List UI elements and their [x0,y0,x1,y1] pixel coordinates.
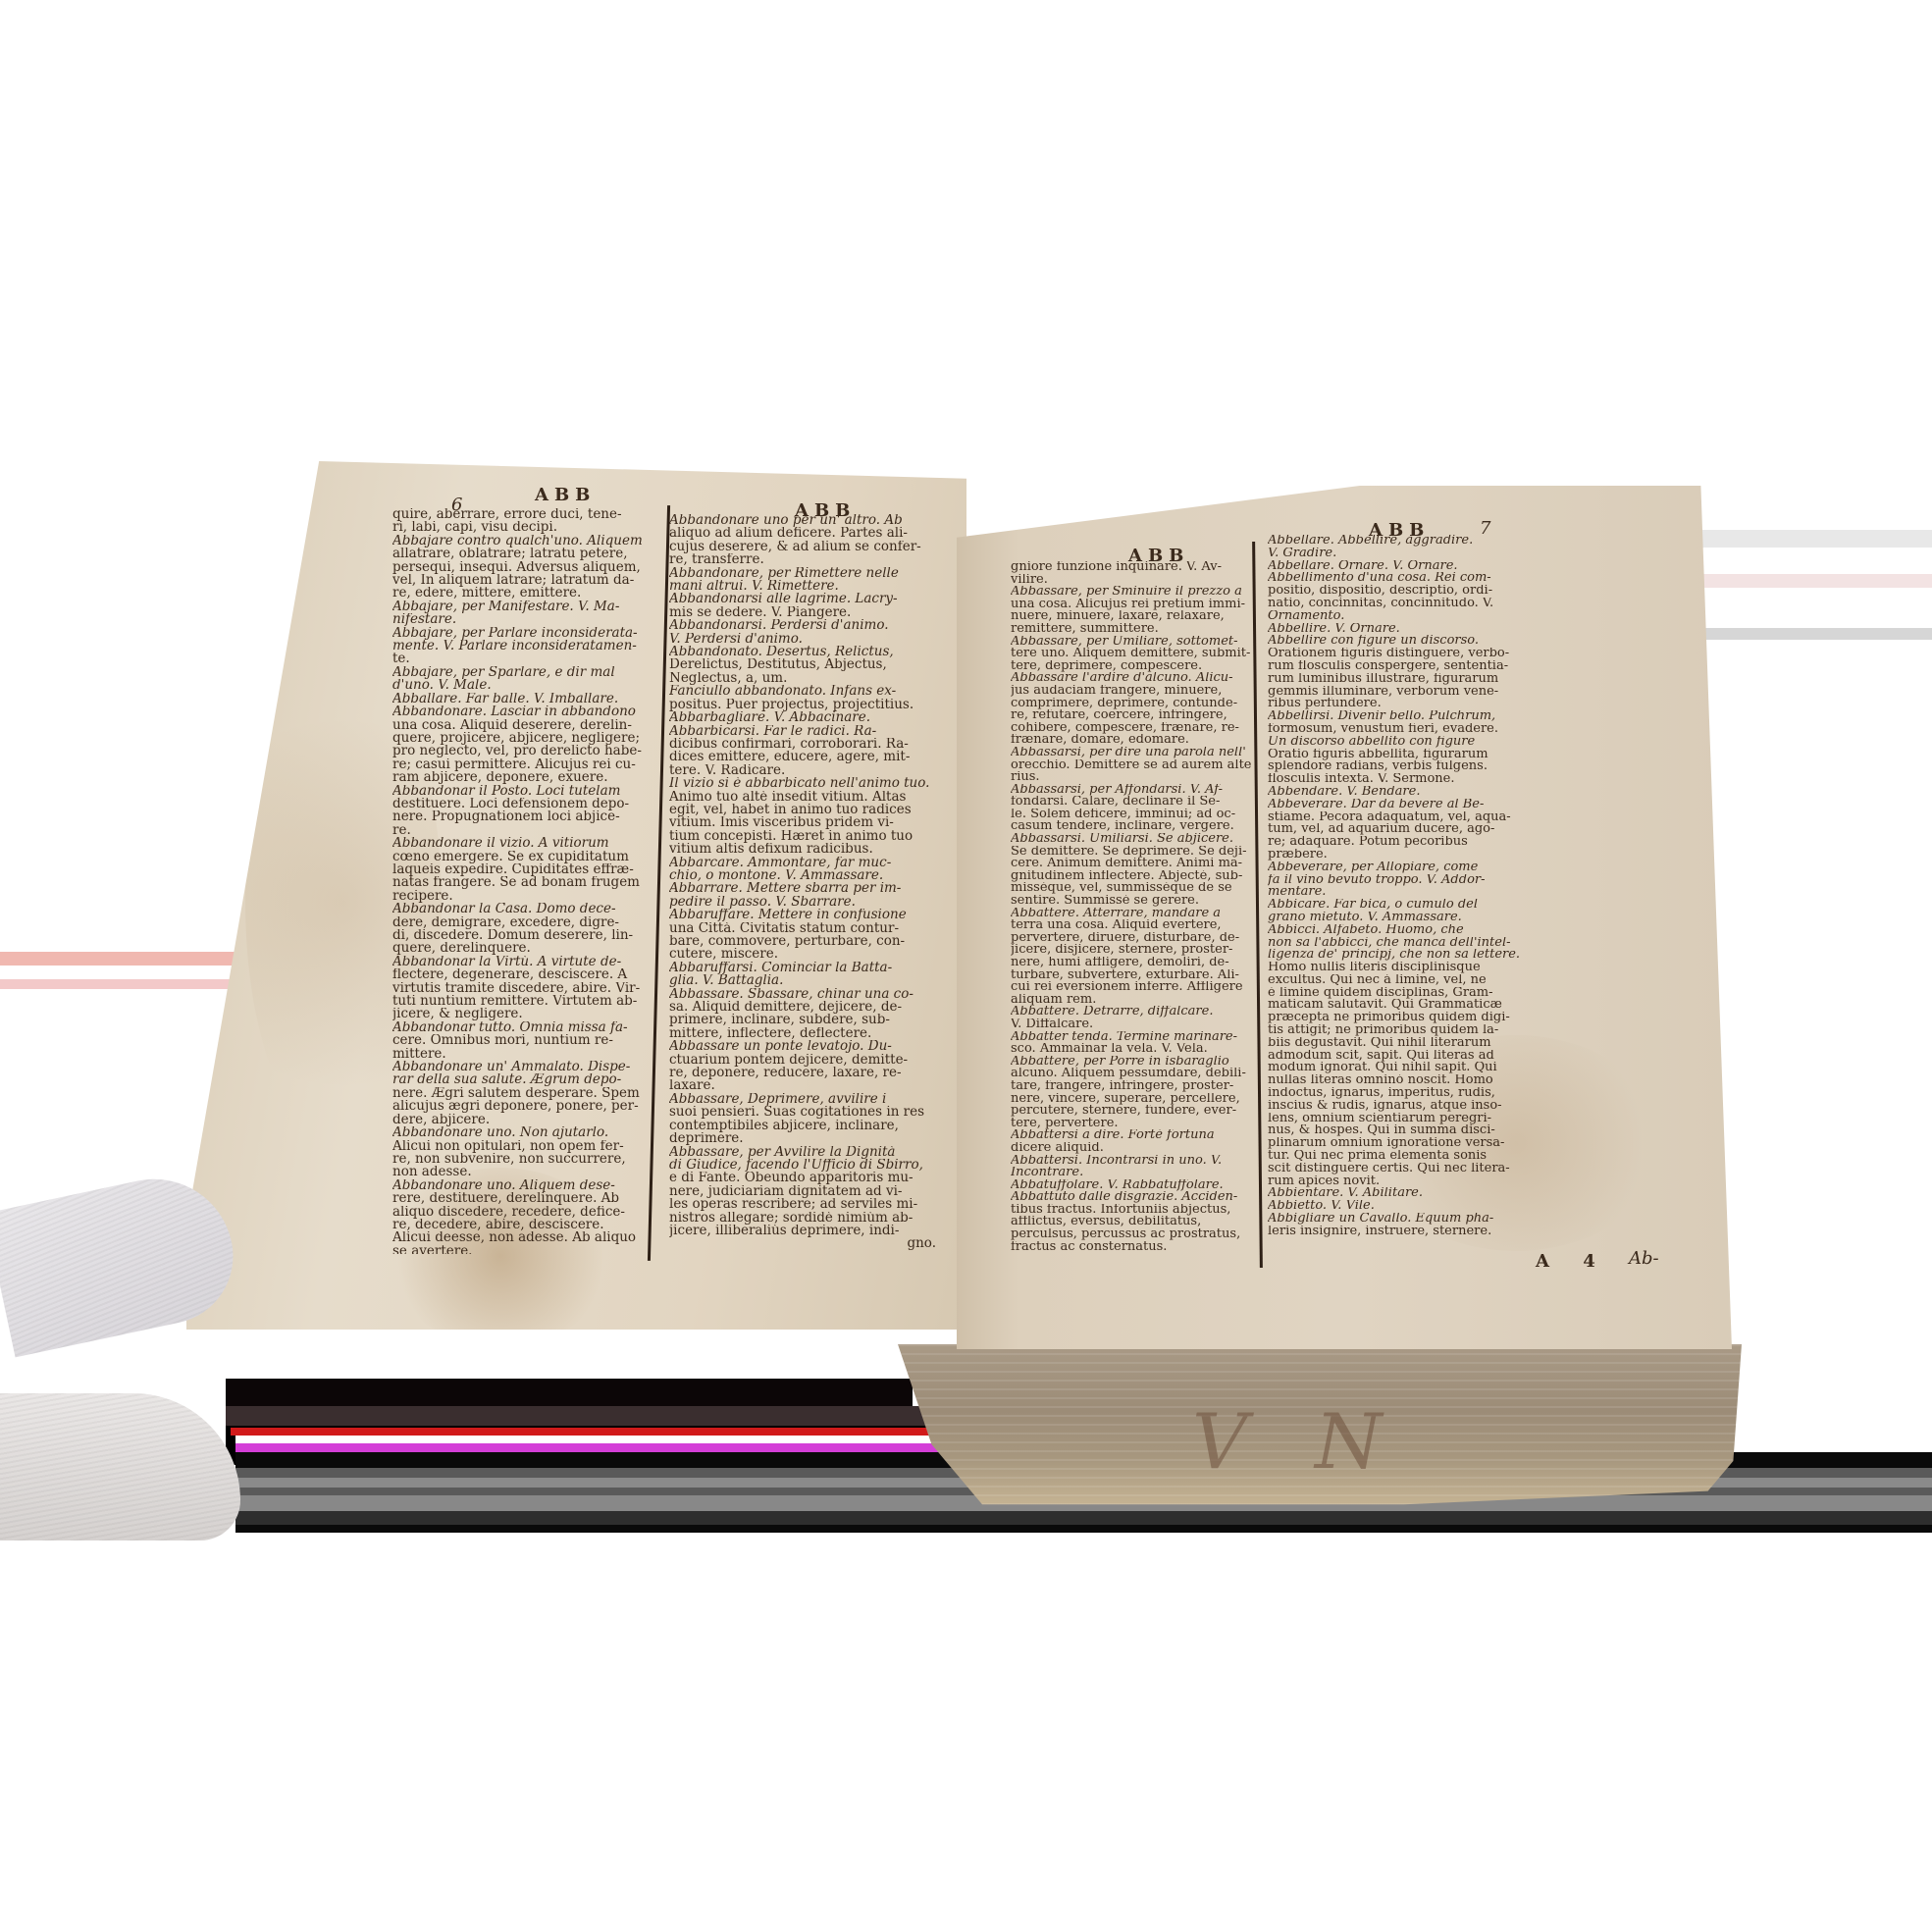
text-line: præcepta ne primoribus quidem digi- [1268,1012,1562,1024]
left-page-column-2: Abbandonare uno per un' altro. Ab aliquo… [669,514,936,1260]
entry-headword: Abbellire. V. Ornare. [1268,623,1562,636]
entry-headword: Abbellire con figure un discorso. [1268,635,1562,648]
entry-headword: Abbassare l'ardire d'alcuno. Alicu- [1011,672,1251,685]
text-line: formosum, venustum fieri, evadere. [1268,723,1562,736]
text-line: vitium. Imis visceribus pridem vi- [669,816,936,829]
text-line: destituere. Loci defensionem depo- [392,798,650,810]
text-line: una cosa. Aliquid deserere, derelin- [392,719,650,732]
right-page-column-2: Abbellare. Abbellire, aggradire. V. Grad… [1268,535,1562,1246]
text-line: terra una cosa. Aliquid evertere, [1011,919,1251,932]
text-line: nuere, minuere, laxare, relaxare, [1011,610,1251,623]
text-line: cœno emergere. Se ex cupiditatum [392,851,650,863]
entry-headword: Abbatuffolare. V. Rabbatuffolare. [1011,1179,1251,1192]
text-line: cujus deserere, & ad alium se confer- [669,541,936,553]
text-line: inscius & rudis, ignarus, atque inso- [1268,1100,1562,1113]
text-line: comprimere, deprimere, contunde- [1011,698,1251,710]
text-line: admodum scit, sapit. Qui literas ad [1268,1050,1562,1063]
entry-headword: Il vizio si è abbarbicato nell'animo tuo… [669,777,936,790]
text-line: aliquo ad alium deficere. Partes ali- [669,527,936,540]
entry-headword: Abbarcare. Ammontare, far muc- [669,857,936,869]
text-line: rere, destituere, derelinquere. Ab [392,1192,650,1205]
text-line: non sa l'abbiccì, che manca dell'intel- [1268,937,1562,950]
entry-headword: Abbatter tenda. Termine marinare- [1011,1031,1251,1044]
text-line: non adesse. [392,1166,650,1178]
text-line: vitium altis defixum radicibus. [669,843,936,856]
entry-headword: Abbientare. V. Abilitare. [1268,1187,1562,1200]
photo-scene: V N 6 ABB ABB quire, aberrare, errore du… [0,0,1932,1932]
text-line: mittere, inflectere, deflectere. [669,1027,936,1040]
text-line: dere, abjicere. [392,1114,650,1126]
text-line: le. Solem deficere, imminui; ad oc- [1011,809,1251,821]
text-line: tere. V. Radicare. [669,764,936,777]
text-line: nere. Propugnationem loci abjice- [392,810,650,823]
text-line: V. Perdersi d'animo. [669,633,936,646]
text-line: deprimere. [669,1132,936,1145]
text-line: re, decedere, abire, desciscere. [392,1219,650,1231]
text-line: præbere. [1268,849,1562,862]
text-line: nere. Ægri salutem desperare. Spem [392,1087,650,1100]
text-line: quere, derelinquere. [392,942,650,955]
text-line: tibus fractus. Infortuniis abjectus, [1011,1204,1251,1217]
text-line: tium concepisti. Hæret in animo tuo [669,830,936,843]
text-line: Ornamento. [1268,610,1562,623]
text-line: fa il vino bevuto troppo. V. Addor- [1268,874,1562,887]
glitch-stripe [235,1525,1932,1533]
text-line: vilire. [1011,574,1251,587]
entry-headword: Abbassare. Sbassare, chinar una co- [669,988,936,1001]
text-line: gnitudinem inflectere. Abjectè, sub- [1011,870,1251,883]
entry-headword: Abbajare contro qualch'uno. Aliquem [392,535,650,548]
text-line: mente. V. Parlare inconsideratamen- [392,640,650,653]
entry-headword: Abbandonar il Posto. Loci tutelam [392,785,650,798]
text-line: remittere, summittere. [1011,623,1251,636]
text-line: mis se dedere. V. Piangere. [669,606,936,619]
text-line: frænare, domare, edomare. [1011,734,1251,747]
text-line: pervertere, diruere, disturbare, de- [1011,932,1251,945]
text-line: Alicui non opitulari, non opem fer- [392,1140,650,1153]
text-line: quire, aberrare, errore duci, tene- [392,508,650,521]
text-line: re, refutare, coercere, infringere, [1011,709,1251,722]
entry-headword: Abbicare. Far bica, o cumulo del [1268,899,1562,912]
text-line: contemptibiles abjicere, inclinare, [669,1120,936,1132]
text-line: vel, In aliquem latrare; latratum da- [392,574,650,587]
text-line: pedire il passo. V. Sbarrare. [669,896,936,909]
entry-headword: Abbellirsi. Divenir bello. Pulchrum, [1268,710,1562,723]
text-line: ligenza de' principj, che non sa lettere… [1268,949,1562,962]
text-line: maticam salutavit. Qui Grammaticæ [1268,999,1562,1012]
entry-headword: Abbandonar tutto. Omnia missa fa- [392,1021,650,1034]
entry-headword: Abbigliare un Cavallo. Equum pha- [1268,1213,1562,1226]
text-line: nus, & hospes. Qui in summa disci- [1268,1124,1562,1137]
text-line: recipere. [392,890,650,903]
text-line: sentire. Summissè se gerere. [1011,895,1251,908]
text-line: laxare. [669,1079,936,1092]
glitch-stripe [1668,530,1932,548]
text-line: mani altrui. V. Rimettere. [669,580,936,593]
text-line: Se demittere. Se deprimere. Se deji- [1011,846,1251,859]
entry-headword: Abbattersi a dire. Fortè fortuna [1011,1129,1251,1142]
entry-headword: Abbattuto dalle disgrazie. Acciden- [1011,1191,1251,1204]
glitch-stripe [235,1511,1932,1525]
text-line: flectere, degenerare, desciscere. A [392,968,650,981]
text-line: excultus. Qui nec à limine, vel, ne [1268,974,1562,987]
text-line: turbare, subvertere, exturbare. Ali- [1011,969,1251,982]
text-line: missèque, vel, summissèque de se [1011,882,1251,895]
entry-headword: Abbandonare il vizio. A vitiorum [392,837,650,850]
text-line: rum apices novit. [1268,1175,1562,1188]
text-line: alcuno. Aliquem pessumdare, debili- [1011,1068,1251,1080]
text-line: stiame. Pecora adaquatum, vel, aqua- [1268,811,1562,824]
entry-headword: Abbandonare uno. Non ajutarlo. [392,1126,650,1139]
text-line: lens, omnium scientiarum peregri- [1268,1113,1562,1125]
entry-headword: Abbandonare. Lasciar in abbandono [392,705,650,718]
entry-headword: Abbellare. Abbellire, aggradire. [1268,535,1562,548]
text-line: natio, concinnitas, concinnitudo. V. [1268,598,1562,610]
entry-headword: Abbattere. Atterrare, mandare a [1011,908,1251,920]
text-line: scit distinguere certis. Qui nec litera- [1268,1163,1562,1175]
glove-texture [0,1393,240,1540]
text-line: una Città. Civitatis statum contur- [669,922,936,935]
text-line: nullas literas omninò noscit. Homo [1268,1074,1562,1087]
text-line: mittere. [392,1048,650,1061]
entry-headword: Abbaruffare. Mettere in confusione [669,909,936,921]
entry-headword: Abbarbicarsi. Far le radici. Ra- [669,725,936,738]
text-line: tis attigit; ne primoribus quidem la- [1268,1024,1562,1037]
text-line: nere, judiciariam dignitatem ad vi- [669,1185,936,1198]
text-line: gniore funzione inquinare. V. Av- [1011,561,1251,574]
text-line: Incontrare. [1011,1167,1251,1179]
entry-headword: Abbattere, per Porre in isbaraglio [1011,1056,1251,1069]
text-line: jus audaciam frangere, minuere, [1011,685,1251,698]
text-line: positus. Puer projectus, projectitius. [669,699,936,711]
entry-headword: Abbarrare. Mettere sbarra per im- [669,882,936,895]
text-line: chio, o montone. V. Ammassare. [669,869,936,882]
text-line: re, non subvenire, non succurrere, [392,1153,650,1166]
text-line: Derelictus, Destitutus, Abjectus, [669,658,936,671]
text-line: mentare. [1268,886,1562,899]
text-line: natas frangere. Se ad bonam frugem [392,876,650,889]
text-line: suoi pensieri. Suas cogitationes in res [669,1106,936,1119]
entry-headword: Abbandonare uno per un' altro. Ab [669,514,936,527]
left-running-head: ABB [535,485,596,505]
text-line: orecchio. Demittere se ad aurem alte- [1011,759,1251,772]
fore-edge-inscription: V N [1192,1398,1403,1487]
text-line: sco. Ammainar la vela. V. Vela. [1011,1043,1251,1056]
text-line: gno. [669,1237,936,1250]
entry-headword: Abbajare, per Parlare inconsiderata- [392,627,650,640]
text-line: biis degustavit. Qui nihil literarum [1268,1037,1562,1050]
text-line: di Giudice, facendo l'Ufficio di Sbirro, [669,1159,936,1172]
entry-headword: Abbattersi. Incontrarsi in uno. V. [1011,1155,1251,1168]
entry-headword: Abbellare. Ornare. V. Ornare. [1268,560,1562,573]
text-line: di, discedere. Domum deserere, lin- [392,929,650,942]
text-line: perculsus, percussus ac prostratus, [1011,1228,1251,1241]
entry-headword: Abballare. Far balle. V. Imballare. [392,693,650,705]
text-line: ri, labi, capi, visu decipi. [392,521,650,534]
entry-headword: Abbattere. Detrarre, diffalcare. [1011,1006,1251,1018]
text-line: laqueis expedire. Cupiditates effræ- [392,863,650,876]
text-line: egit, vel, habet in animo tuo radices [669,804,936,816]
book-fore-edge: V N [898,1344,1742,1511]
text-line: sa. Aliquid demittere, dejicere, de- [669,1001,936,1014]
text-line: ribus perfundere. [1268,698,1562,710]
text-line: indoctus, ignarus, imperitus, rudis, [1268,1087,1562,1100]
text-line: jicere, & negligere. [392,1008,650,1020]
text-line: modum ignorat. Qui nihil sapit. Qui [1268,1062,1562,1074]
glitch-stripe [226,1406,932,1426]
text-line: virtutis tramite discedere, abire. Vir- [392,982,650,995]
text-line: jicere, disjicere, sternere, proster- [1011,944,1251,957]
entry-headword: Abbaruffarsi. Cominciar la Batta- [669,962,936,974]
entry-headword: Abbendare. V. Bendare. [1268,786,1562,799]
entry-headword: Abbassarsi. Umiliarsi. Se abjicere. [1011,833,1251,846]
text-line: positio, dispositio, descriptio, ordi- [1268,585,1562,598]
text-line: persequi, insequi. Adversus aliquem, [392,561,650,574]
text-line: percutere, sternere, fundere, ever- [1011,1105,1251,1118]
entry-headword: Fanciullo abbandonato. Infans ex- [669,685,936,698]
text-line: ram abjicere, deponere, exuere. [392,771,650,784]
text-line: V. Diffalcare. [1011,1018,1251,1031]
text-line: d'uno. V. Male. [392,679,650,692]
entry-headword: Abbandonarsi alle lagrime. Lacry- [669,593,936,605]
entry-headword: Abbiccì. Alfabeto. Huomo, che [1268,924,1562,937]
text-line: Neglectus, a, um. [669,672,936,685]
text-line: quere, projicere, abjicere, negligere; [392,732,650,745]
text-line: cutere, miscere. [669,948,936,961]
entry-headword: Abbandonare uno. Aliquem dese- [392,1179,650,1192]
text-line: re, transferre. [669,553,936,566]
right-page-column-1: gniore funzione inquinare. V. Av- vilire… [1011,561,1251,1268]
text-line: tare, frangere, infringere, proster- [1011,1080,1251,1093]
text-line: bare, commovere, perturbare, con- [669,935,936,948]
entry-headword: Abbassarsi, per Affondarsi. V. Af- [1011,784,1251,797]
text-line: rum luminibus illustrare, figurarum [1268,673,1562,686]
entry-headword: Abbeverare. Dar da bevere al Be- [1268,799,1562,811]
glitch-stripe [0,979,235,989]
text-line: tere uno. Aliquem demittere, submit- [1011,648,1251,660]
entry-headword: Abbassarsi, per dire una parola nell' [1011,747,1251,759]
text-line: rum flosculis conspergere, sententia- [1268,660,1562,673]
glitch-stripe [1668,574,1932,588]
text-line: tere, pervertere. [1011,1118,1251,1130]
entry-headword: Un discorso abbellito con figure [1268,736,1562,749]
catchword: Ab- [1629,1248,1659,1269]
text-line: alicujus ægri deponere, ponere, per- [392,1100,650,1113]
entry-headword: Abbeverare, per Allopiare, come [1268,862,1562,874]
text-line: nistros allegare; sordidè nimiùm ab- [669,1212,936,1225]
text-line: V. Gradire. [1268,548,1562,560]
text-line: se avertere. [392,1245,650,1254]
text-line: afflictus, eversus, debilitatus, [1011,1216,1251,1228]
glitch-stripe [226,1379,913,1406]
text-line: re. [392,824,650,837]
text-line: è limine quidem disciplinas, Gram- [1268,987,1562,1000]
text-line: dicibus confirmari, corroborari. Ra- [669,738,936,751]
text-line: tur. Qui nec prima elementa sonis [1268,1150,1562,1163]
text-line: cere. Omnibus mori, nuntium re- [392,1034,650,1047]
entry-headword: Abbassare, per Sminuire il prezzo a [1011,586,1251,599]
entry-headword: Abbandonar la Virtù. A virtute de- [392,956,650,968]
text-line: Animo tuo altè insedit vitium. Altas [669,791,936,804]
text-line: te. [392,653,650,665]
entry-headword: Abbajare, per Sparlare, e dir mal [392,666,650,679]
text-line: plinarum omnium ignoratione versa- [1268,1137,1562,1150]
gloved-finger [0,1393,240,1540]
text-line: tere, deprimere, compescere. [1011,660,1251,673]
text-line: cui rei eversionem inferre. Affligere [1011,981,1251,994]
text-line: e di Fante. Obeundo apparitoris mu- [669,1172,936,1184]
text-line: Alicui deesse, non adesse. Ab aliquo [392,1231,650,1244]
glitch-stripe [0,952,255,966]
text-line: aliquam rem. [1011,994,1251,1007]
entry-headword: Abbarbagliare. V. Abbacinare. [669,711,936,724]
left-page-column-1: quire, aberrare, errore duci, tene- ri, … [392,508,650,1254]
text-line: splendore radians, verbis fulgens. [1268,760,1562,773]
text-line: rius. [1011,771,1251,784]
text-line: rar della sua salute. Ægrum depo- [392,1073,650,1086]
entry-headword: Abbassare, per Avvilire la Dignità [669,1146,936,1159]
text-line: tuti nuntium remittere. Virtutem ab- [392,995,650,1008]
entry-headword: Abbellimento d'una cosa. Rei com- [1268,572,1562,585]
text-line: aliquo discedere, recedere, defice- [392,1206,650,1219]
text-line: pro neglecto, vel, pro derelicto habe- [392,745,650,757]
text-line: glia. V. Battaglia. [669,974,936,987]
entry-headword: Abbandonarsi. Perdersi d'animo. [669,619,936,632]
entry-headword: Abbandonar la Casa. Domo dece- [392,903,650,915]
entry-headword: Abbandonare, per Rimettere nelle [669,567,936,580]
text-line: casum tendere, inclinare, vergere. [1011,820,1251,833]
text-line: primere, inclinare, subdere, sub- [669,1014,936,1026]
text-line: gemmis illuminare, verborum vene- [1268,686,1562,699]
text-line: fractus ac consternatus. [1011,1241,1251,1254]
text-line: leris insignire, instruere, sternere. [1268,1226,1562,1238]
text-line: cohibere, compescere, frænare, re- [1011,722,1251,735]
entry-headword: Abbassare, per Umiliare, sottomet- [1011,636,1251,649]
text-line: dices emittere, educere, agere, mit- [669,751,936,763]
text-line: una cosa. Alicujus rei pretium immi- [1011,599,1251,611]
entry-headword: Abbandonato. Desertus, Relictus, [669,646,936,658]
text-line: cere. Animum demittere. Animi ma- [1011,858,1251,870]
text-line: jicere, illiberaliùs deprimere, indi- [669,1225,936,1237]
text-line: nere, humi affligere, demoliri, de- [1011,957,1251,969]
text-line: re, deponere, reducere, laxare, re- [669,1067,936,1079]
text-line: flosculis intexta. V. Sermone. [1268,773,1562,786]
text-line: dere, demigrare, excedere, digre- [392,916,650,929]
text-line: Oratio figuris abbellita, figurarum [1268,749,1562,761]
text-line: re; casui permittere. Alicujus rei cu- [392,758,650,771]
text-line: grano mietuto. V. Ammassare. [1268,912,1562,924]
entry-headword: Abbassare, Deprimere, avvilire i [669,1093,936,1106]
text-line: dicere aliquid. [1011,1142,1251,1155]
text-line: Homo nullis literis disciplinisque [1268,962,1562,974]
text-line: re, edere, mittere, emittere. [392,587,650,600]
signature-mark: A 4 [1536,1251,1609,1272]
entry-headword: Abbietto. V. Vile. [1268,1200,1562,1213]
text-line: fondarsi. Calare, declinare il Se- [1011,796,1251,809]
entry-headword: Abbassare un ponte levatojo. Du- [669,1040,936,1053]
text-line: allatrare, oblatrare; latratu petere, [392,548,650,560]
text-line: nere, vincere, superare, percellere, [1011,1093,1251,1106]
text-line: tum, vel, ad aquarium ducere, ago- [1268,823,1562,836]
entry-headword: Abbajare, per Manifestare. V. Ma- [392,600,650,613]
glitch-stripe [1688,628,1932,640]
entry-headword: Abbandonare un' Ammalato. Dispe- [392,1061,650,1073]
text-line: les operas rescribere; ad serviles mi- [669,1198,936,1211]
text-line: ctuarium pontem dejicere, demitte- [669,1054,936,1067]
text-line: Orationem figuris distinguere, verbo- [1268,648,1562,660]
text-line: re; adaquare. Potum pecoribus [1268,836,1562,849]
text-line: nifestare. [392,613,650,626]
